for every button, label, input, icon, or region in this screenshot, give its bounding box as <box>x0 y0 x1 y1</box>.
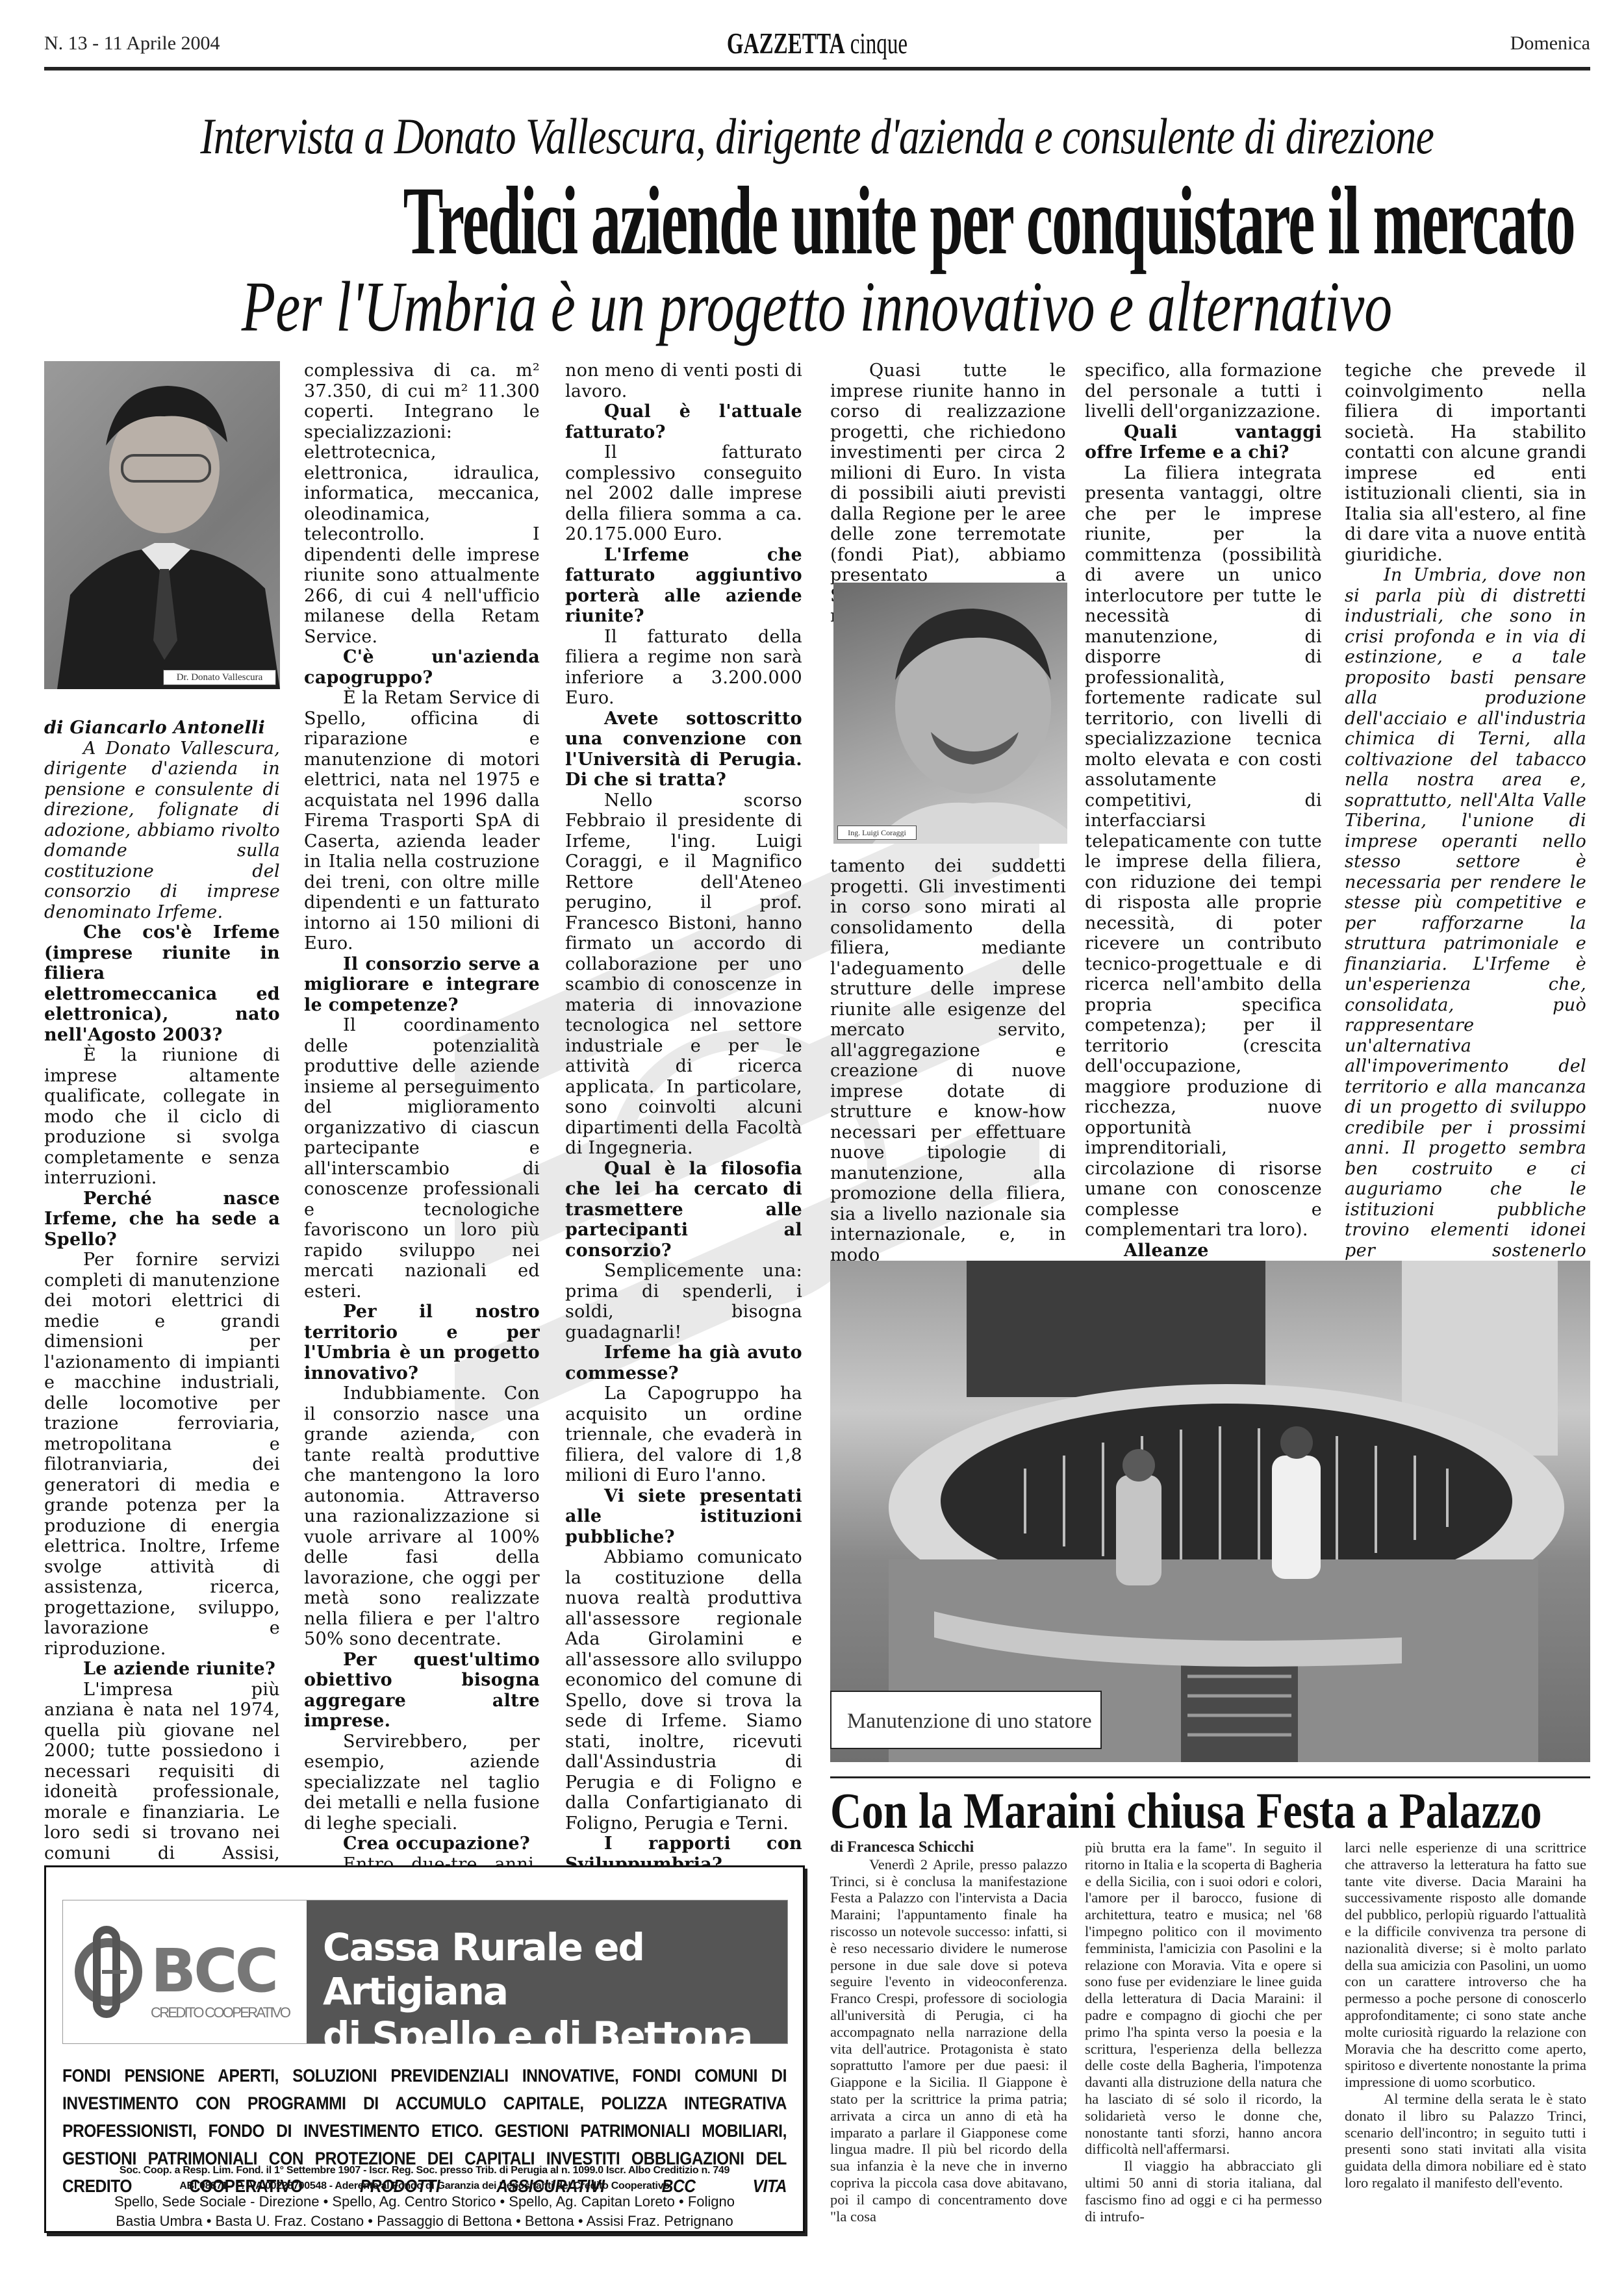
article-headline: Tredici aziende unite per conquistare il… <box>44 172 1590 270</box>
answer: Servirebbero, per esempio, aziende speci… <box>304 1732 540 1834</box>
question: Avete sottoscritto una convenzione con l… <box>565 709 802 790</box>
question: Perché nasce Irfeme, che ha sede a Spell… <box>44 1189 280 1250</box>
answer: Indubbiamente. Con il consorzio nasce un… <box>304 1383 540 1650</box>
byline: di Giancarlo Antonelli <box>44 718 280 738</box>
article-column-5: specifico, alla formazione del personale… <box>1085 360 1322 1343</box>
paper-name: GAZZETTA cinque <box>260 26 1374 60</box>
portrait-icon <box>833 583 1067 844</box>
photo-stator-maintenance: Manutenzione di uno statore <box>830 1261 1590 1762</box>
article2-paragraph: più brutta era la fame". In seguito il r… <box>1085 1839 1322 2158</box>
paper-name-light: cinque <box>845 27 908 60</box>
article2-title: Con la Maraini chiusa Festa a Palazzo <box>830 1783 1590 1839</box>
answer-continued: tamento dei suddetti progetti. Gli inves… <box>830 856 1066 1265</box>
article-subtitle: Per l'Umbria è un progetto innovativo e … <box>44 270 1590 345</box>
article2-column-2: più brutta era la fame". In seguito il r… <box>1085 1839 1322 2225</box>
bank-name-line1: Cassa Rurale ed Artigiana <box>307 1900 787 2013</box>
question: Crea occupazione? <box>304 1834 540 1854</box>
intro-paragraph: A Donato Vallescura, dirigente d'azienda… <box>44 738 280 923</box>
answer: Per fornire servizi completi di manutenz… <box>44 1250 280 1659</box>
answer: Il fatturato complessivo conseguito nel … <box>565 442 802 545</box>
portrait-icon <box>44 361 280 689</box>
question: Quali vantaggi offre Irfeme e a chi? <box>1085 422 1322 463</box>
masthead-rule <box>44 67 1590 71</box>
article2-column-1: di Francesca Schicchi Venerdì 2 Aprile, … <box>830 1839 1067 2225</box>
question: Qual è l'attuale fatturato? <box>565 401 802 442</box>
photo-luigi-coraggi: Ing. Luigi Coraggi <box>833 583 1067 844</box>
answer-continued: tegiche che prevede il coinvolgimento ne… <box>1345 360 1586 565</box>
article-column-3: non meno di venti posti di lavoro. Qual … <box>565 360 802 1874</box>
editorial-comment: In Umbria, dove non si parla più di dist… <box>1345 565 1586 1281</box>
question: Che cos'è Irfeme (imprese riunite in fil… <box>44 922 280 1045</box>
article2-paragraph: larci nelle esperienze di una scrittrice… <box>1345 1839 1586 2091</box>
photo-caption: Dr. Donato Vallescura <box>163 670 276 685</box>
question: Per il nostro territorio e per l'Umbria … <box>304 1302 540 1383</box>
answer-continued: complessiva di ca. m² 37.350, di cui m² … <box>304 360 540 647</box>
article-column-6: tegiche che prevede il coinvolgimento ne… <box>1345 360 1586 1281</box>
answer: È la riunione di imprese altamente quali… <box>44 1045 280 1189</box>
article2-column-3: larci nelle esperienze di una scrittrice… <box>1345 1839 1586 2191</box>
answer: Nello scorso Febbraio il presidente di I… <box>565 790 802 1159</box>
question: Per quest'ultimo obiettivo bisogna aggre… <box>304 1650 540 1732</box>
answer-continued: specifico, alla formazione del personale… <box>1085 360 1322 422</box>
article-column-2: complessiva di ca. m² 37.350, di cui m² … <box>304 360 540 1915</box>
article2-paragraph: Al termine della serata le è stato donat… <box>1345 2091 1586 2191</box>
ad-legal-text: Soc. Coop. a Resp. Lim. Fond. il 1° Sett… <box>62 2163 787 2194</box>
weekday: Domenica <box>1510 32 1590 55</box>
paper-name-bold: GAZZETTA <box>727 27 845 60</box>
svg-text:CREDITO COOPERATIVO: CREDITO COOPERATIVO <box>151 2004 291 2021</box>
article2-byline: di Francesca Schicchi <box>830 1839 1067 1856</box>
article-kicker: Intervista a Donato Vallescura, dirigent… <box>44 107 1590 166</box>
article-column-1: di Giancarlo Antonelli A Donato Vallescu… <box>44 718 280 1966</box>
bcc-advertisement[interactable]: BCC CREDITO COOPERATIVO Cassa Rurale ed … <box>44 1865 805 2233</box>
bank-name-line2: di Spello e di Bettona <box>307 2013 787 2058</box>
stator-machine-icon <box>830 1261 1590 1762</box>
section-rule <box>830 1776 1590 1778</box>
bank-name-panel: Cassa Rurale ed Artigiana di Spello e di… <box>307 1900 787 2043</box>
question: Le aziende riunite? <box>44 1659 280 1680</box>
photo-donato-vallescura: Dr. Donato Vallescura <box>44 361 280 689</box>
ad-banner: BCC CREDITO COOPERATIVO Cassa Rurale ed … <box>62 1900 788 2044</box>
issue-date: N. 13 - 11 Aprile 2004 <box>44 32 220 55</box>
answer: Il fatturato della filiera a regime non … <box>565 627 802 709</box>
answer: La Capogruppo ha acquisito un ordine tri… <box>565 1383 802 1486</box>
answer-continued: non meno di venti posti di lavoro. <box>565 360 802 401</box>
question: C'è un'azienda capogruppo? <box>304 647 540 688</box>
bcc-logo: BCC CREDITO COOPERATIVO <box>63 1900 307 2043</box>
bcc-logo-icon: BCC CREDITO COOPERATIVO <box>63 1900 307 2043</box>
answer: Semplicemente una: prima di spenderli, i… <box>565 1261 802 1343</box>
masthead: N. 13 - 11 Aprile 2004 GAZZETTA cinque D… <box>44 26 1590 65</box>
question: Il consorzio serve a migliorare e integr… <box>304 954 540 1016</box>
ad-branches: Spello, Sede Sociale - Direzione • Spell… <box>62 2192 787 2231</box>
article-column-4-bottom: tamento dei suddetti progetti. Gli inves… <box>830 856 1066 1265</box>
question: Vi siete presentati alle istituzioni pub… <box>565 1486 802 1548</box>
photo-caption: Manutenzione di uno statore <box>830 1691 1102 1749</box>
question: L'Irfeme che fatturato aggiuntivo porter… <box>565 545 802 627</box>
photo-caption: Ing. Luigi Coraggi <box>837 826 917 840</box>
article2-paragraph: Venerdì 2 Aprile, presso palazzo Trinci,… <box>830 1856 1067 2225</box>
question: Qual è la filosofia che lei ha cercato d… <box>565 1159 802 1261</box>
answer: È la Retam Service di Spello, officina d… <box>304 688 540 954</box>
article2-paragraph: Il viaggio ha abbracciato gli ultimi 50 … <box>1085 2158 1322 2225</box>
answer: La filiera integrata presenta vantaggi, … <box>1085 463 1322 1241</box>
answer: Abbiamo comunicato la costituzione della… <box>565 1547 802 1834</box>
svg-text:BCC: BCC <box>151 1936 276 2006</box>
answer: Il coordinamento delle potenzialità prod… <box>304 1015 540 1302</box>
question: Irfeme ha già avuto commesse? <box>565 1343 802 1383</box>
